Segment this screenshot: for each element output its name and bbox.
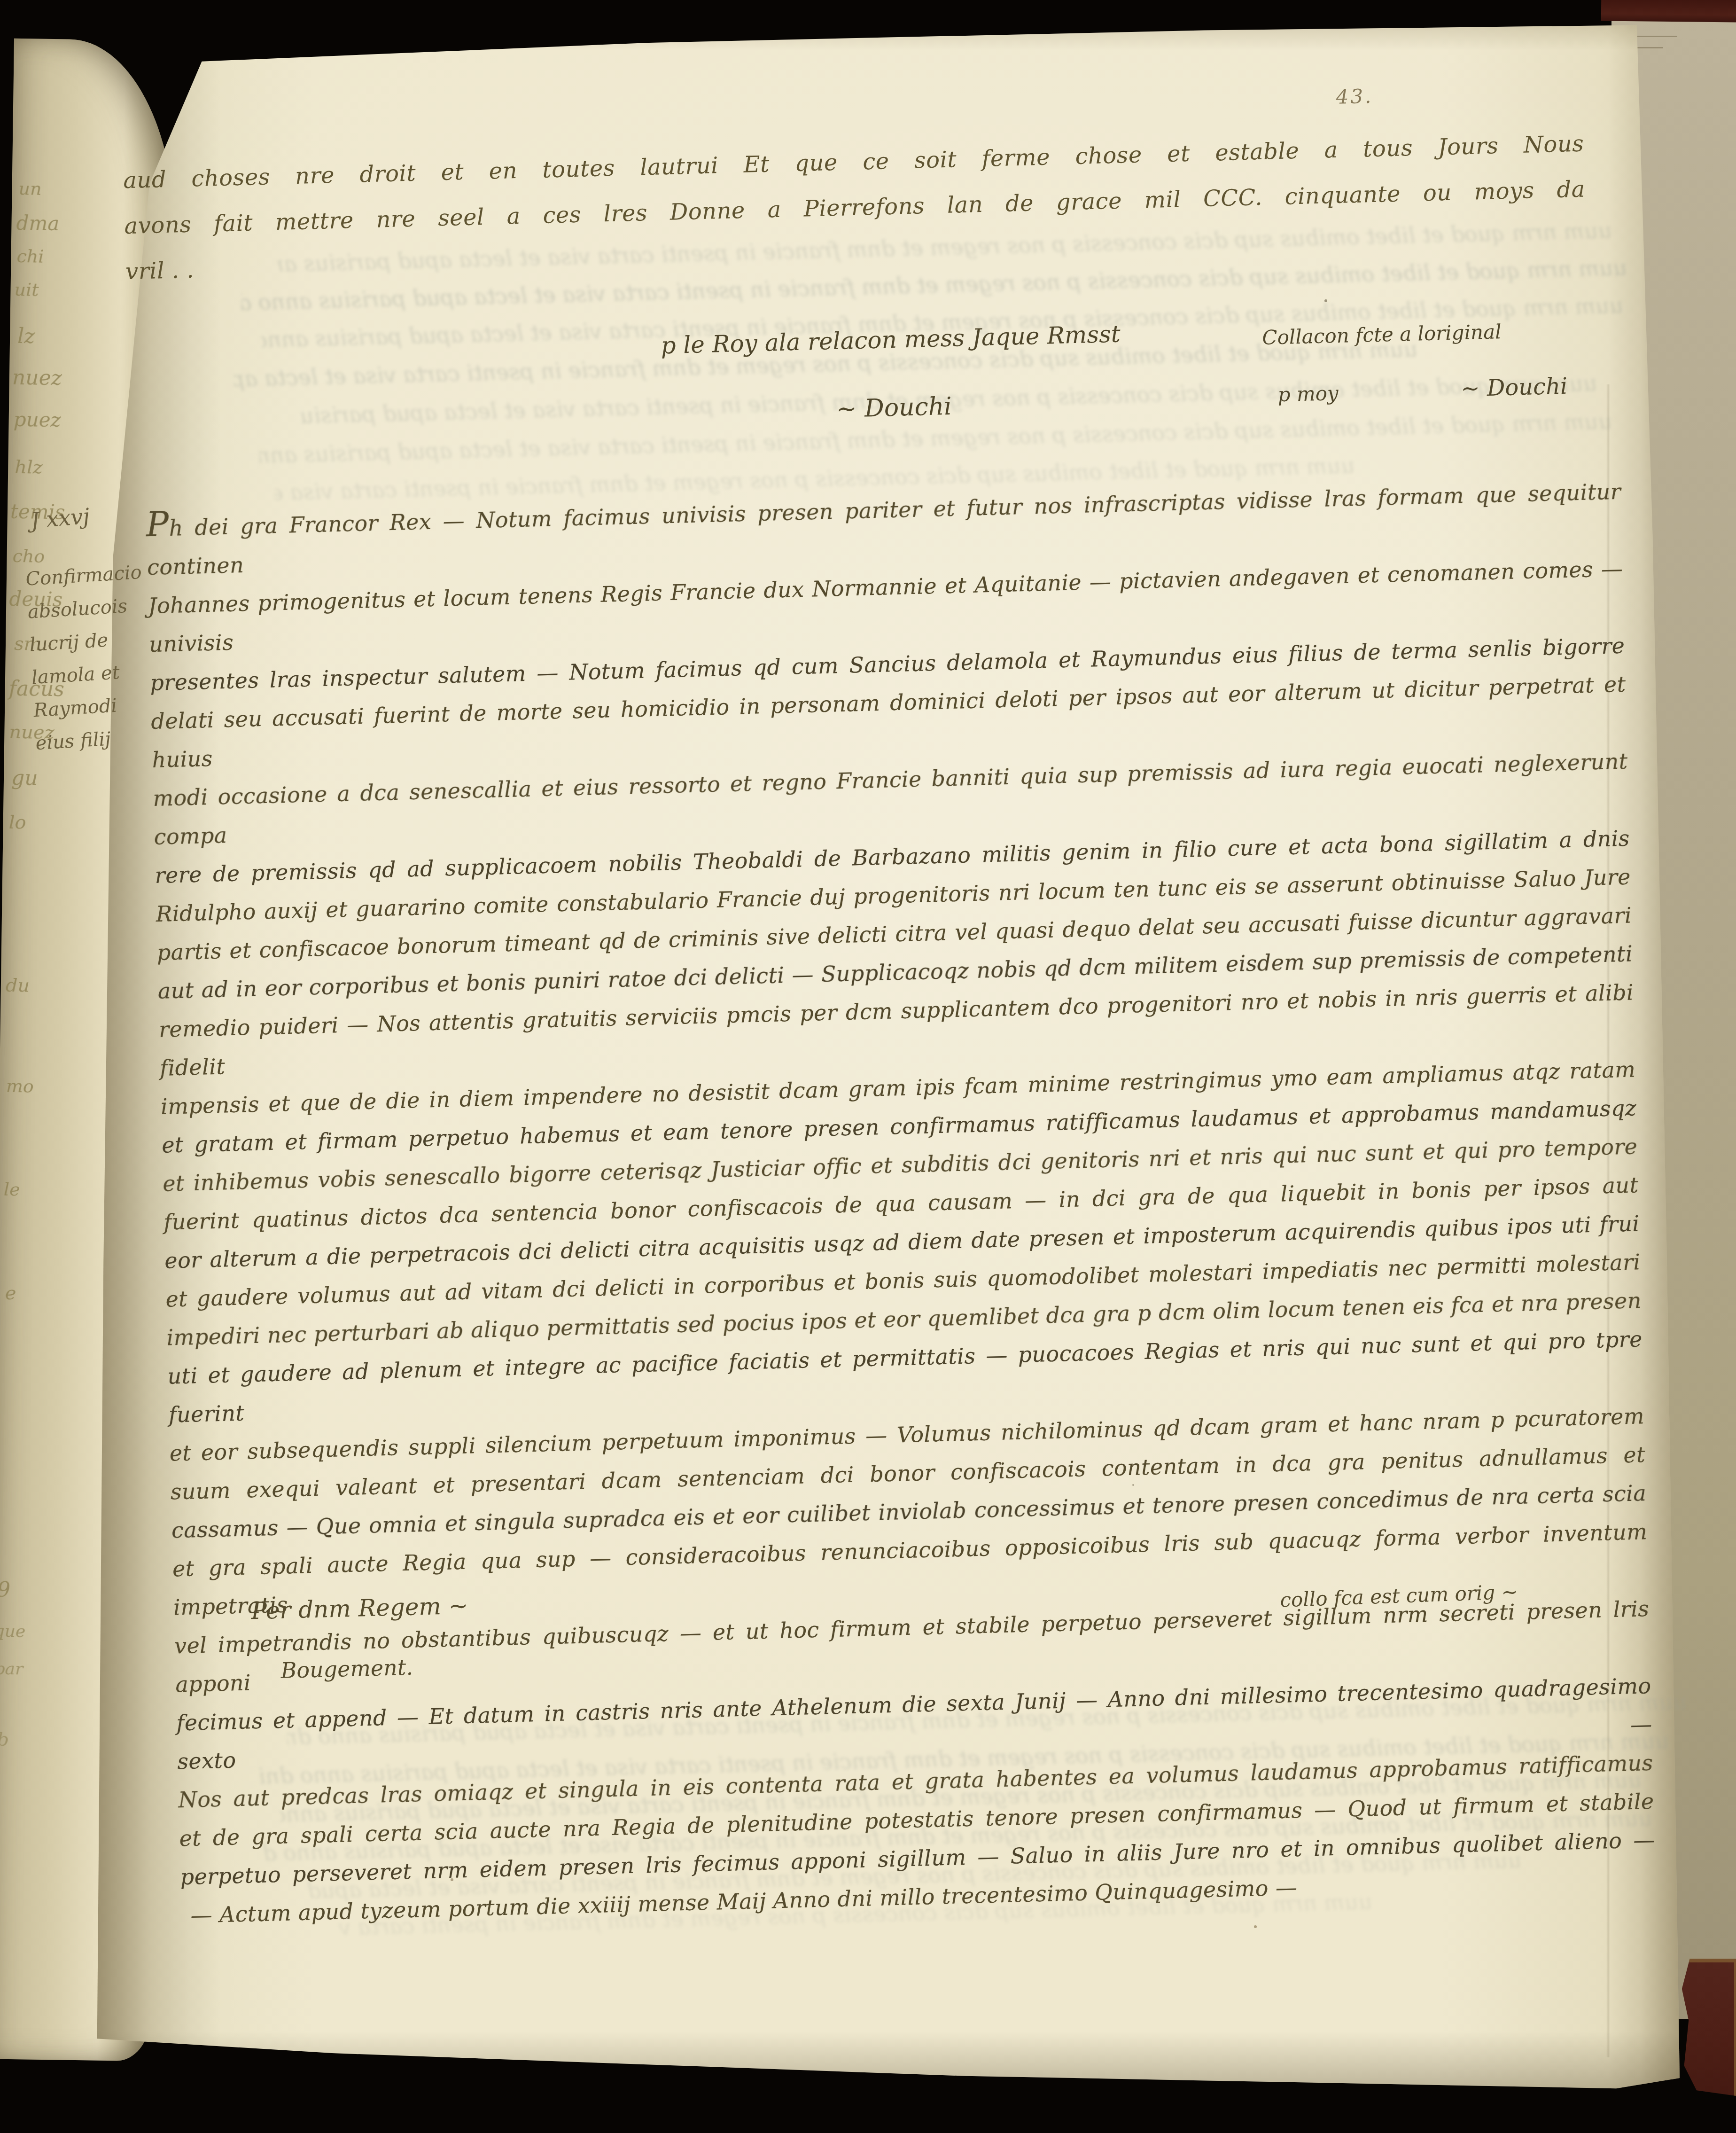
collation-line: p moy xyxy=(1277,383,1339,405)
verso-text-fragment: que xyxy=(0,1623,25,1641)
verso-text-fragment: chi xyxy=(16,247,44,266)
showthrough-top: uum nrm quod et libet omibus sup dcis co… xyxy=(94,4,1653,44)
verso-text-fragment: un xyxy=(18,180,41,198)
verso-text-fragment: par xyxy=(0,1661,23,1678)
verso-text-fragment: du xyxy=(6,976,30,995)
folio-number: 43. xyxy=(1336,86,1373,107)
verso-text-fragment: dma xyxy=(16,213,59,234)
verso-text-fragment: lo xyxy=(8,813,26,832)
verso-text-fragment: uit xyxy=(14,281,39,299)
verso-text-fragment: gu xyxy=(11,768,38,789)
collation-signature: ~ Douchi xyxy=(1461,375,1568,400)
verso-text-fragment: hlz xyxy=(15,458,43,477)
parchment-specks xyxy=(94,18,96,20)
verso-text-fragment: le xyxy=(4,1180,20,1198)
manuscript-photo: { "page": { "folio_number": "43." }, "to… xyxy=(0,0,1736,2133)
verso-text-fragment: puez xyxy=(13,410,61,430)
verso-text-fragment: 9 xyxy=(0,1580,10,1601)
closing-per-regem: Per dnm Regem ~ xyxy=(251,1594,468,1623)
closing-signature: Bougement. xyxy=(280,1656,413,1681)
verso-text-fragment: lz xyxy=(17,326,35,347)
verso-text-fragment: e xyxy=(5,1284,16,1303)
verso-text-fragment: nuez xyxy=(12,367,62,389)
verso-text-fragment: b xyxy=(0,1730,9,1749)
margin-item-number: J xxvj xyxy=(30,505,90,531)
page-content: uum nrm quod et libet omibus sup dcis co… xyxy=(94,4,1705,2111)
chancery-signature: ~ Douchi xyxy=(836,394,952,422)
showthrough-bottom: uum nrm quod et libet omibus sup dcis co… xyxy=(94,4,1653,44)
verso-text-fragment: mo xyxy=(6,1077,34,1095)
